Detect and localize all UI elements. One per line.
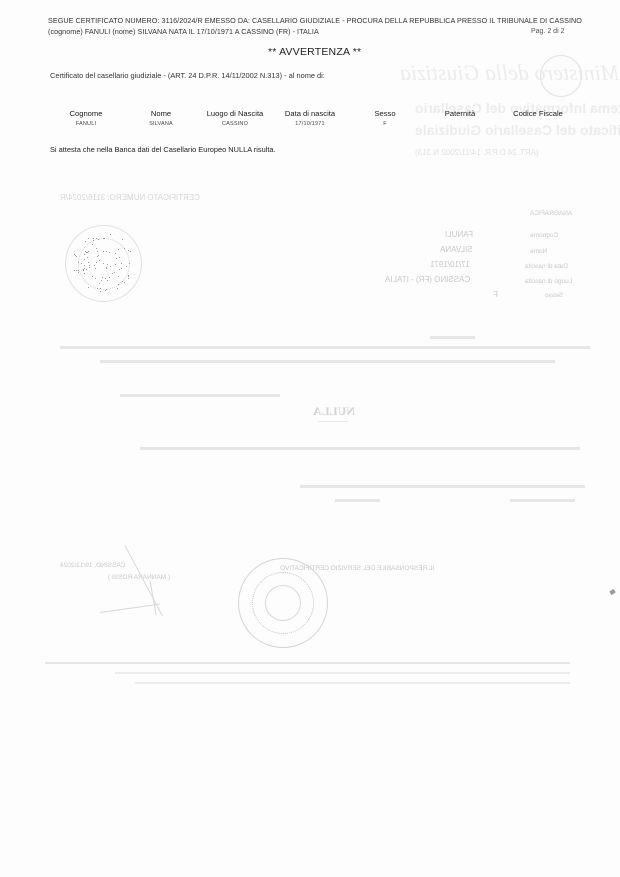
seal-speck (106, 268, 107, 269)
seal-speck (103, 238, 104, 239)
seal-speck (94, 265, 95, 266)
bleed-value: SILVANA (440, 245, 473, 254)
seal-speck (121, 263, 122, 264)
bleed-signature-stroke (150, 580, 157, 615)
seal-speck (102, 277, 103, 278)
seal-speck (95, 278, 96, 279)
bleed-label: Cognome (530, 232, 558, 239)
seal-speck (97, 256, 98, 257)
seal-speck (76, 270, 77, 271)
intro-text: Certificato del casellario giudiziale - … (50, 71, 325, 80)
seal-speck (99, 283, 100, 284)
seal-speck (124, 282, 125, 283)
bleed-text-line (300, 485, 585, 488)
bleed-footer-line (45, 662, 570, 664)
seal-speck (119, 269, 120, 270)
bleed-value: F (493, 290, 498, 299)
seal-speck (100, 288, 101, 289)
seal-speck (92, 244, 93, 245)
bleed-footer-line (115, 672, 570, 674)
seal-speck (92, 276, 93, 277)
seal-speck (100, 291, 101, 292)
bleed-emblem-icon (540, 55, 582, 97)
page-indicator: Pag. 2 di 2 (531, 28, 564, 35)
seal-speck (116, 258, 117, 259)
column-value-sesso: F (340, 121, 430, 127)
bleed-text-line (120, 394, 280, 397)
seal-speck (128, 275, 129, 276)
bleed-section-label: ANAGRAFICA (530, 210, 572, 217)
seal-speck (93, 238, 94, 239)
bleed-heading-2: Certificato del Casellario Giudiziale (415, 122, 620, 138)
scan-mark (609, 589, 615, 595)
seal-speck (76, 256, 77, 257)
bleed-value: FANULI (445, 230, 473, 239)
seal-speck (78, 272, 79, 273)
seal-speck (83, 270, 84, 271)
seal-speck (106, 251, 107, 252)
seal-speck (84, 259, 85, 260)
seal-speck (107, 264, 108, 265)
bleed-signature-name: ( MANNARA ROSSI ) (108, 574, 170, 581)
seal-speck (96, 262, 97, 263)
seal-speck (110, 234, 111, 235)
column-header-codice-fiscale: Codice Fiscale (493, 109, 583, 118)
seal-speck (130, 251, 131, 252)
seal-speck (103, 251, 104, 252)
seal-speck (96, 248, 97, 249)
seal-speck (109, 252, 110, 253)
seal-speck (115, 264, 116, 265)
header-line-1: SEGUE CERTIFICATO NUMERO: 3116/2024/R EM… (48, 16, 582, 25)
seal-speck (88, 287, 89, 288)
warning-title: ** AVVERTENZA ** (268, 46, 361, 58)
seal-speck (110, 266, 111, 267)
seal-speck (88, 238, 89, 239)
bleed-underline (318, 421, 348, 422)
seal-speck (122, 239, 123, 240)
seal-speck (84, 273, 85, 274)
seal-speck (78, 262, 79, 263)
seal-speck (121, 268, 122, 269)
seal-speck (128, 250, 129, 251)
document-page: Ministero della Giustizia Sistema Inform… (0, 0, 620, 877)
bleed-stamp-emblem (265, 585, 301, 621)
seal-speck (118, 284, 119, 285)
bleed-text-line (60, 346, 590, 349)
seal-speck (119, 257, 120, 258)
bleed-label: Nome (530, 248, 547, 255)
seal-speck (84, 265, 85, 266)
bleed-text-line (100, 360, 555, 363)
column-header-paternita: Paternità (415, 109, 505, 118)
seal-speck (128, 278, 129, 279)
seal-speck (129, 263, 130, 264)
seal-speck (112, 273, 113, 274)
bleed-subheading: (ART. 24 D.P.R. 14/11/2002 N.313) (415, 148, 539, 157)
bleed-nulla: NULLA (313, 404, 355, 419)
seal-speck (118, 276, 119, 277)
seal-speck (114, 272, 115, 273)
seal-speck (106, 289, 107, 290)
seal-speck (109, 277, 110, 278)
seal-speck (97, 288, 98, 289)
seal-speck (84, 254, 85, 255)
seal-speck (86, 269, 87, 270)
seal-speck (74, 254, 75, 255)
seal-speck (99, 260, 100, 261)
seal-speck (105, 278, 106, 279)
seal-speck (118, 249, 119, 250)
seal-speck (88, 262, 89, 263)
seal-speck (88, 251, 89, 252)
seal-speck (107, 280, 108, 281)
seal-speck (81, 263, 82, 264)
bleed-text-line (510, 499, 575, 502)
seal-speck (98, 239, 99, 240)
seal-speck (75, 255, 76, 256)
seal-speck (89, 265, 90, 266)
bleed-title-script: Ministero della Giustizia (400, 60, 619, 86)
bleed-place-date: CASSINO, 19/12/2024 (60, 562, 125, 569)
bleed-label: Data di nascita (525, 263, 568, 270)
seal-speck (93, 240, 94, 241)
seal-speck (85, 241, 86, 242)
seal-speck (126, 266, 127, 267)
seal-speck (95, 268, 96, 269)
seal-speck (78, 270, 79, 271)
seal-speck (117, 288, 118, 289)
bleed-cert-number: CERTIFICATO NUMERO: 3116/2024/R (60, 193, 200, 202)
bleed-text-line (335, 499, 380, 502)
bleed-value: 17/10/1971 (430, 260, 470, 269)
header-line-2: (cognome) FANULI (nome) SILVANA NATA IL … (48, 27, 319, 36)
seal-speck (87, 257, 88, 258)
bleed-footer-line (135, 682, 570, 684)
seal-speck (97, 251, 98, 252)
bleed-seal-left-inner (78, 238, 130, 290)
seal-speck (103, 263, 104, 264)
bleed-signature-stroke (100, 604, 160, 613)
seal-speck (89, 267, 90, 268)
seal-speck (85, 251, 86, 252)
seal-speck (74, 270, 75, 271)
bleed-label: Luogo di nascita (525, 278, 572, 285)
seal-speck (106, 267, 107, 268)
bleed-text-line (430, 336, 475, 339)
bleed-value: CASSINO (FR) - ITALIA (385, 275, 470, 284)
seal-speck (98, 255, 99, 256)
seal-speck (115, 253, 116, 254)
bleed-label: Sesso (545, 292, 563, 299)
seal-speck (104, 238, 105, 239)
seal-speck (124, 248, 125, 249)
seal-speck (105, 290, 106, 291)
attestation-text: Si attesta che nella Banca dati del Case… (50, 145, 276, 154)
seal-speck (101, 280, 102, 281)
bleed-text-line (140, 447, 580, 450)
